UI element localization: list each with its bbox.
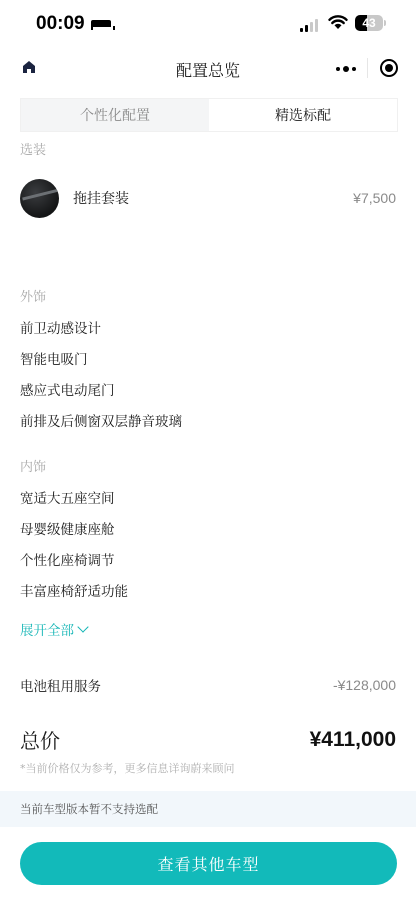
customization-notice: 当前车型版本暂不支持选配 [0, 791, 416, 827]
total-label: 总价 [20, 725, 60, 754]
total-price: ¥411,000 [310, 728, 396, 752]
chevron-down-icon [77, 621, 88, 632]
time-text: 00:09 [36, 13, 85, 35]
interior-feature: 丰富座椅舒适功能 [20, 580, 128, 600]
tab-personalized-config[interactable]: 个性化配置 [21, 99, 209, 131]
battery-level: 43 [362, 16, 375, 30]
towing-kit-thumbnail [20, 179, 59, 218]
expand-all-button[interactable]: 展开全部 [20, 619, 87, 639]
view-other-models-button[interactable]: 查看其他车型 [20, 842, 397, 885]
option-item: 拖挂套装 ¥7,500 [20, 178, 396, 218]
sleep-mode-icon [91, 18, 111, 30]
interior-section-label: 内饰 [20, 456, 46, 475]
battery-service-row: 电池租用服务 -¥128,000 [20, 675, 396, 695]
total-row: 总价 ¥411,000 [20, 725, 396, 754]
battery-service-price: -¥128,000 [333, 677, 396, 693]
interior-feature: 宽适大五座空间 [20, 487, 115, 507]
exterior-feature: 感应式电动尾门 [20, 379, 115, 399]
tab-featured-standard[interactable]: 精选标配 [209, 99, 397, 131]
config-tabs: 个性化配置 精选标配 [20, 98, 398, 132]
more-options-icon[interactable] [336, 66, 356, 72]
status-bar: 00:09 43 [0, 0, 416, 48]
price-disclaimer: *当前价格仅为参考，更多信息详询蔚来顾问 [20, 760, 235, 776]
battery-icon: 43 [355, 15, 383, 31]
close-miniprogram-icon[interactable] [380, 59, 398, 77]
options-section-label: 选装 [20, 139, 46, 158]
cellular-signal-icon [300, 19, 318, 32]
wifi-icon [328, 14, 348, 30]
exterior-section-label: 外饰 [20, 286, 46, 305]
interior-feature: 个性化座椅调节 [20, 549, 115, 569]
battery-nub [384, 20, 386, 26]
exterior-feature: 前排及后侧窗双层静音玻璃 [20, 410, 182, 430]
expand-all-label: 展开全部 [20, 619, 74, 639]
capsule-divider [367, 58, 368, 78]
nav-bar: 配置总览 [0, 48, 416, 88]
interior-feature: 母婴级健康座舱 [20, 518, 115, 538]
exterior-feature: 智能电吸门 [20, 348, 88, 368]
status-time: 00:09 [36, 13, 111, 35]
option-name: 拖挂套装 [73, 188, 129, 208]
battery-service-label: 电池租用服务 [20, 675, 101, 695]
exterior-feature: 前卫动感设计 [20, 317, 101, 337]
option-price: ¥7,500 [353, 190, 396, 206]
